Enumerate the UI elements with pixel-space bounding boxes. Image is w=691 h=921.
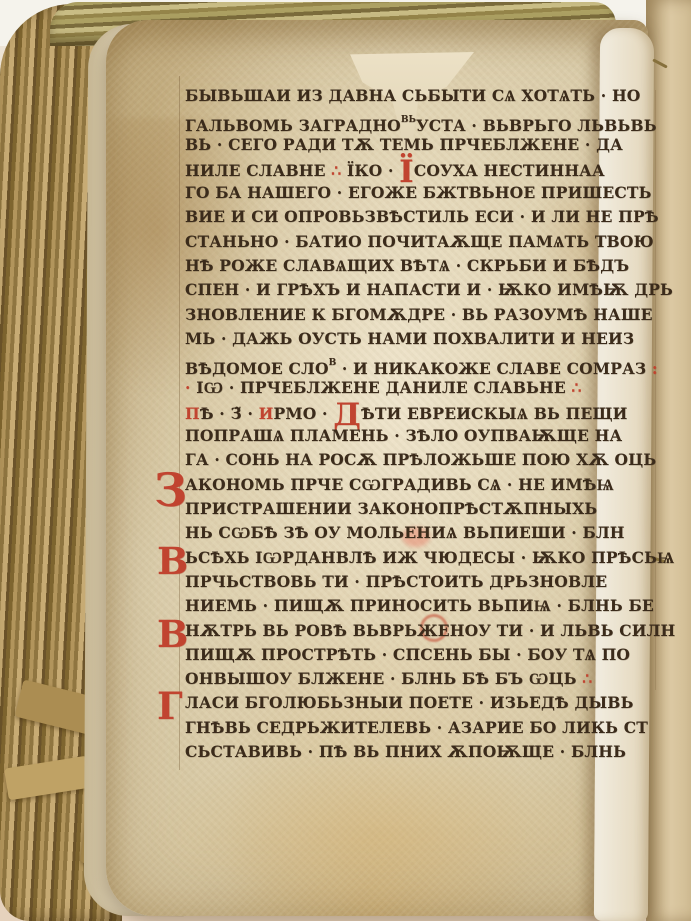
ink-text: ЇКО ·	[341, 161, 399, 180]
text-line: ПРИСТРАШЕНИИ ЗАКОНОПРѢСТѪПНЫХЬ	[185, 497, 671, 521]
text-line: ЗНОВЛЕНИЕ К БГОМѪДРЕ · ВЬ РАЗОУМѢ НАШЕ	[185, 303, 671, 327]
ink-text: ѢТИ ЕВРЕИСКЫѦ ВЬ ПЕЩИ	[361, 404, 628, 423]
text-line: ВЬСѢХЬ ІѠРДАНВЛѢ ИЖ ЧЮДЕСЫ · ѬКО ПРѢСЬѨ	[185, 546, 671, 570]
text-line: ГА · СОНЬ НА РОСѪ ПРѢЛОЖЬШЕ ПОЮ ХѪ ОЦЬ	[185, 448, 671, 472]
ink-text: СЬСТАВИВЬ · ПѢ ВЬ ПНИХ ѪПОѬЩЕ · БЛНЬ	[185, 742, 626, 761]
text-block: БЫВЬШАИ ИЗ ДАВНА СЬБЫТИ СѦ ХОТѦТЬ · НОГА…	[185, 84, 671, 772]
ink-text: СОУХА НЕСТИННАА	[414, 161, 605, 180]
ink-text: ВЬ	[401, 115, 416, 125]
ink-text: ЛАСИ БГОЛЮБЬЗНЫИ ПОЕТЕ · ИЗЬЕДѢ ДЫВЬ	[185, 693, 634, 712]
ink-text: ЗНОВЛЕНИЕ К БГОМѪДРЕ · ВЬ РАЗОУМѢ НАШЕ	[185, 305, 653, 324]
ink-text: РМО ·	[274, 404, 334, 423]
text-line: · ІѠ · ПРЧЕБЛЖЕНЕ ДАНИЛЕ СЛАВЬНЕ ∴	[185, 376, 671, 400]
ink-text: МЬ · ДАЖЬ ОУСТЬ НАМИ ПОХВАЛИТИ И НЕИЗ	[185, 329, 634, 348]
ink-text: ГА · СОНЬ НА РОСѪ ПРѢЛОЖЬШЕ ПОЮ ХѪ ОЦЬ	[185, 450, 656, 469]
text-line: НИЕМЬ · ПИЩѪ ПРИНОСИТЬ ВЬПИѨ · БЛНЬ БЕ	[185, 594, 671, 618]
ink-text: ПОПРАШѦ ПЛАМЕНЬ · ЗѢЛО ОУПВАѬЩЕ НА	[185, 426, 622, 445]
text-line: ПОПРАШѦ ПЛАМЕНЬ · ЗѢЛО ОУПВАѬЩЕ НА	[185, 424, 671, 448]
ruling-line-left	[179, 76, 180, 770]
text-line: ПИЩѪ ПРОСТРѢТЬ · СПСЕНЬ БЫ · БОУ ТѦ ПО	[185, 643, 671, 667]
text-line: ЗАКОНОМЬ ПРЧЕ СѠГРАДИВЬ СѦ · НЕ ИМѢѨ	[185, 473, 671, 497]
ink-text: ПИЩѪ ПРОСТРѢТЬ · СПСЕНЬ БЫ · БОУ ТѦ ПО	[185, 645, 630, 664]
text-line: НѢ РОЖЕ СЛАВѦЩИХ ВѢТѦ · СКРЬБИ И БѢДЪ	[185, 254, 671, 278]
ink-text: БЫВЬШАИ ИЗ ДАВНА СЬБЫТИ СѦ ХОТѦТЬ · НО	[185, 86, 641, 105]
ink-text: СПЕН · И ГРѢХЪ И НАПАСТИ И · ѬКО ИМѢѬ ДР…	[185, 280, 673, 299]
rubric-initial: В	[157, 616, 188, 653]
ink-text: Ѣ · З̃ ·	[200, 404, 259, 423]
ink-text: ВИЕ И СИ ОПРОВЬЗВѢСТИЛЬ ЕСИ · И ЛИ НЕ ПР…	[185, 207, 659, 226]
text-line: ВЬ · СЕГО РАДИ ТѪ ТЕМЬ ПРЧЕБЛЖЕНЕ · ДА	[185, 133, 671, 157]
text-line: ГО БА НАШЕГО · ЕГОЖЕ БЖТВЬНОЕ ПРИШЕСТЬ	[185, 181, 671, 205]
text-line: ГАЛЬВОМЬ ЗАГРАДНОВЬУСТА · ВЬВРЬГО ЛЬВЬВЬ	[185, 108, 671, 132]
stain	[150, 760, 620, 910]
rubric-text: ∴	[571, 378, 581, 397]
ink-text: ПРЧЬСТВОВЬ ТИ · ПРѢСТОИТЬ ДРЬЗНОВЛЕ	[185, 572, 607, 591]
ink-text: СТАНЬНО · БАТИО ПОЧИТАѪЩЕ ПАМѦТЬ ТВОЮ	[185, 232, 654, 251]
text-line: МЬ · ДАЖЬ ОУСТЬ НАМИ ПОХВАЛИТИ И НЕИЗ	[185, 327, 671, 351]
text-line: ПРЧЬСТВОВЬ ТИ · ПРѢСТОИТЬ ДРЬЗНОВЛЕ	[185, 570, 671, 594]
text-line: ОНВЫШОУ БЛЖЕНЕ · БЛНЬ БѢ БЪ ѠЦЬ ∴	[185, 667, 671, 691]
ink-text: ГО БА НАШЕГО · ЕГОЖЕ БЖТВЬНОЕ ПРИШЕСТЬ	[185, 183, 652, 202]
ink-text: НѢ РОЖЕ СЛАВѦЩИХ ВѢТѦ · СКРЬБИ И БѢДЪ	[185, 256, 629, 275]
text-line: ВѢДОМОЕ СЛОВ · И НИКАКОЖЕ СЛАВЕ СОМРАЗ :	[185, 351, 671, 375]
text-line: СТАНЬНО · БАТИО ПОЧИТАѪЩЕ ПАМѦТЬ ТВОЮ	[185, 230, 671, 254]
ink-text: ОНВЫШОУ БЛЖЕНЕ · БЛНЬ БѢ БЪ ѠЦЬ	[185, 669, 582, 688]
ink-text: ПРИСТРАШЕНИИ ЗАКОНОПРѢСТѪПНЫХЬ	[185, 499, 597, 518]
text-line: БЫВЬШАИ ИЗ ДАВНА СЬБЫТИ СѦ ХОТѦТЬ · НО	[185, 84, 671, 108]
manuscript-photo: БЫВЬШАИ ИЗ ДАВНА СЬБЫТИ СѦ ХОТѦТЬ · НОГА…	[0, 0, 691, 921]
rubric-text: П	[185, 404, 200, 423]
text-line: НЬ СѠБѢ ЗѢ ОУ МОЛЬЕНИѦ ВЬПИЕШИ · БЛН	[185, 521, 671, 545]
ink-text: АКОНОМЬ ПРЧЕ СѠГРАДИВЬ СѦ · НЕ ИМѢѨ	[185, 475, 614, 494]
ink-text: ІѠ · ПРЧЕБЛЖЕНЕ ДАНИЛЕ СЛАВЬНЕ	[191, 378, 572, 397]
ink-text: НИЛЕ СЛАВНЕ	[185, 161, 331, 180]
text-line: СЬСТАВИВЬ · ПѢ ВЬ ПНИХ ѪПОѬЩЕ · БЛНЬ	[185, 740, 671, 764]
text-line: НИЛЕ СЛАВНЕ ∴ ЇКО · ЇСОУХА НЕСТИННАА	[185, 157, 671, 181]
ink-text: ЬСѢХЬ ІѠРДАНВЛѢ ИЖ ЧЮДЕСЫ · ѬКО ПРѢСЬѨ	[185, 548, 674, 567]
ink-text: НИЕМЬ · ПИЩѪ ПРИНОСИТЬ ВЬПИѨ · БЛНЬ БЕ	[185, 596, 654, 615]
text-line: ВИЕ И СИ ОПРОВЬЗВѢСТИЛЬ ЕСИ · И ЛИ НЕ ПР…	[185, 205, 671, 229]
text-line: ГЛАСИ БГОЛЮБЬЗНЫИ ПОЕТЕ · ИЗЬЕДѢ ДЫВЬ	[185, 691, 671, 715]
ink-text: ВЬ · СЕГО РАДИ ТѪ ТЕМЬ ПРЧЕБЛЖЕНЕ · ДА	[185, 135, 623, 154]
text-line: ВНѪТРЬ ВЬ РОВѢ ВЬВРЬЖЕНОУ ТИ · И ЛЬВЬ СИ…	[185, 619, 671, 643]
text-line: СПЕН · И ГРѢХЪ И НАПАСТИ И · ѬКО ИМѢѬ ДР…	[185, 278, 671, 302]
text-line: ПѢ · З̃ · ИРМО · ДѢТИ ЕВРЕИСКЫѦ ВЬ ПЕЩИ	[185, 400, 671, 424]
ink-text: НЬ СѠБѢ ЗѢ ОУ МОЛЬЕНИѦ ВЬПИЕШИ · БЛН	[185, 523, 625, 542]
rubric-text: И	[259, 404, 274, 423]
rubric-initial: В	[157, 543, 188, 580]
rubric-text: ∴	[582, 669, 592, 688]
text-line: ГНѢВЬ СЕДРЬЖИТЕЛЕВЬ · АЗАРИЕ БО ЛИКЬ СТ	[185, 716, 671, 740]
rubric-initial: З	[154, 467, 187, 513]
ink-text: НѪТРЬ ВЬ РОВѢ ВЬВРЬЖЕНОУ ТИ · И ЛЬВЬ СИЛ…	[185, 621, 675, 640]
rubric-text: ∴	[331, 161, 341, 180]
ink-text: ГНѢВЬ СЕДРЬЖИТЕЛЕВЬ · АЗАРИЕ БО ЛИКЬ СТ	[185, 718, 648, 737]
rubric-initial: Г	[157, 688, 183, 725]
